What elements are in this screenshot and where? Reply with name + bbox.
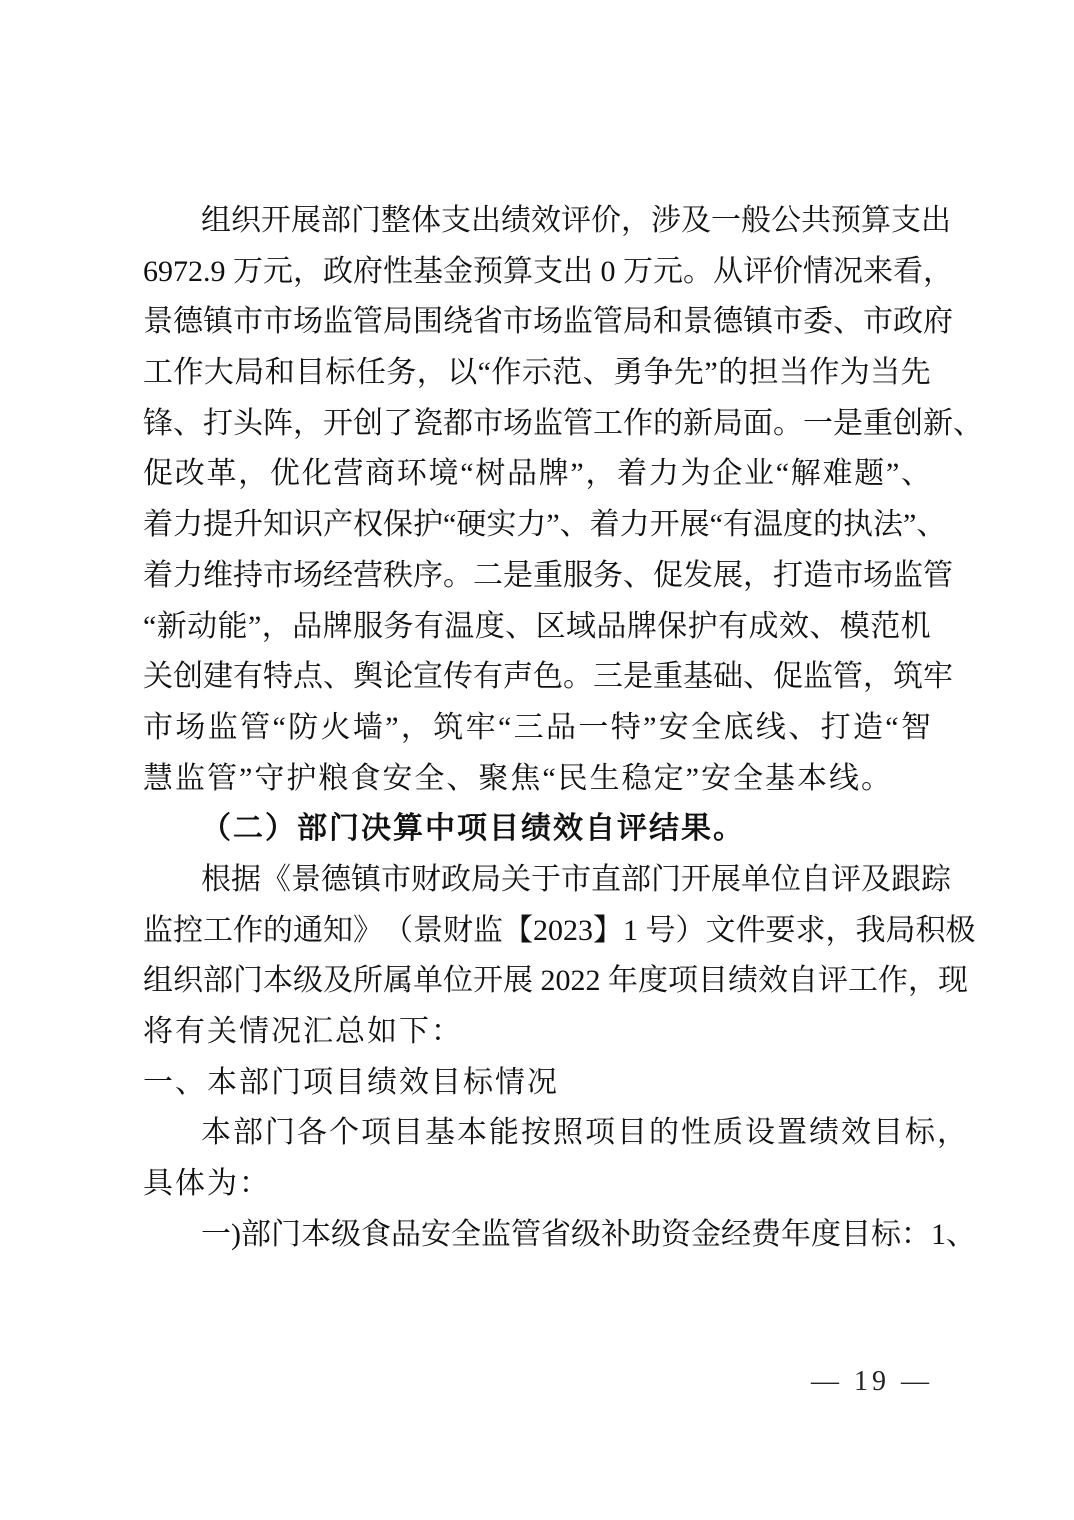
text-line: 关创建有特点、舆论宣传有声色。三是重基础、促监管，筑牢	[143, 652, 931, 703]
text-line: 工作大局和目标任务，以“作示范、勇争先”的担当作为当先	[143, 348, 931, 399]
text-line: 促改革，优化营商环境“树品牌”，着力为企业“解难题”、	[143, 449, 931, 500]
text-line: 一、本部门项目绩效目标情况	[143, 1058, 931, 1109]
text-line: “新动能”，品牌服务有温度、区域品牌保护有成效、模范机	[143, 602, 931, 653]
text-line: 慧监管”守护粮食安全、聚焦“民生稳定”安全基本线。	[143, 754, 931, 805]
text-line: 将有关情况汇总如下：	[143, 1007, 931, 1058]
page-number-text: — 19 —	[811, 1366, 933, 1397]
text-line: 组织部门本级及所属单位开展 2022 年度项目绩效自评工作，现	[143, 956, 931, 1007]
page-number: — 19 —	[811, 1362, 933, 1402]
text-line: （二）部门决算中项目绩效自评结果。	[143, 804, 931, 855]
text-line: 监控工作的通知》（景财监【2023】1 号）文件要求，我局积极	[143, 906, 931, 957]
document-body: 组织开展部门整体支出绩效评价，涉及一般公共预算支出6972.9 万元，政府性基金…	[143, 196, 931, 1260]
text-line: 景德镇市市场监管局围绕省市场监管局和景德镇市委、市政府	[143, 297, 931, 348]
document-page: 组织开展部门整体支出绩效评价，涉及一般公共预算支出6972.9 万元，政府性基金…	[0, 0, 1074, 1520]
text-line: 一)部门本级食品安全监管省级补助资金经费年度目标：1、	[143, 1210, 931, 1261]
text-line: 着力提升知识产权保护“硬实力”、着力开展“有温度的执法”、	[143, 500, 931, 551]
text-line: 具体为：	[143, 1159, 931, 1210]
text-line: 锋、打头阵，开创了瓷都市场监管工作的新局面。一是重创新、	[143, 399, 931, 450]
text-line: 组织开展部门整体支出绩效评价，涉及一般公共预算支出	[143, 196, 931, 247]
text-line: 市场监管“防火墙”，筑牢“三品一特”安全底线、打造“智	[143, 703, 931, 754]
text-line: 着力维持市场经营秩序。二是重服务、促发展，打造市场监管	[143, 551, 931, 602]
text-line: 6972.9 万元，政府性基金预算支出 0 万元。从评价情况来看，	[143, 247, 931, 298]
text-line: 根据《景德镇市财政局关于市直部门开展单位自评及跟踪	[143, 855, 931, 906]
text-line: 本部门各个项目基本能按照项目的性质设置绩效目标，	[143, 1108, 931, 1159]
